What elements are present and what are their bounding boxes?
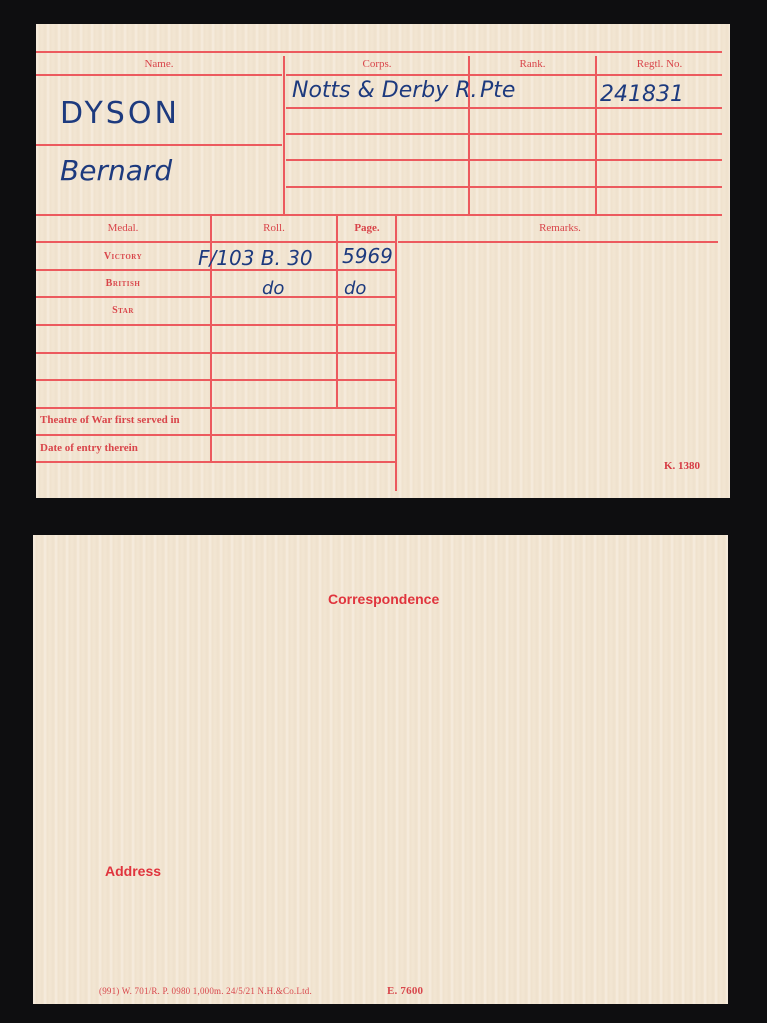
correspondence-label: Correspondence bbox=[328, 591, 439, 607]
rule bbox=[283, 56, 285, 214]
form-number: K. 1380 bbox=[664, 460, 700, 472]
british-roll-entry: do bbox=[262, 278, 284, 299]
imprint-code: E. 7600 bbox=[387, 985, 423, 997]
surname-entry: DYSON bbox=[60, 96, 180, 131]
rule bbox=[286, 107, 722, 109]
rule bbox=[395, 216, 397, 491]
rule bbox=[286, 186, 722, 188]
page-header: Page. bbox=[338, 222, 396, 234]
forename-entry: Bernard bbox=[60, 154, 172, 187]
medal-star-label: Star bbox=[36, 305, 210, 316]
rule bbox=[36, 434, 395, 436]
rule bbox=[36, 461, 395, 463]
rule bbox=[36, 74, 282, 76]
remarks-header: Remarks. bbox=[398, 222, 722, 234]
name-header: Name. bbox=[36, 58, 282, 70]
medal-index-card-back: Correspondence Address (991) W. 701/R. P… bbox=[33, 535, 728, 1004]
rank-header: Rank. bbox=[470, 58, 595, 70]
rule bbox=[36, 379, 395, 381]
british-page-entry: do bbox=[344, 278, 366, 299]
medal-victory-label: Victory bbox=[36, 251, 210, 262]
address-label: Address bbox=[105, 863, 161, 879]
rank-entry: Pte bbox=[480, 78, 515, 103]
rule bbox=[36, 324, 395, 326]
corps-header: Corps. bbox=[286, 58, 468, 70]
rule bbox=[36, 241, 395, 243]
rule bbox=[286, 133, 722, 135]
regtl-no-entry: 241831 bbox=[600, 82, 684, 107]
rule bbox=[398, 241, 718, 243]
corps-entry: Notts & Derby R. bbox=[292, 78, 478, 103]
rule bbox=[36, 407, 395, 409]
medal-index-card-front: Name. Corps. Rank. Regtl. No. DYSON Bern… bbox=[36, 24, 730, 498]
printer-imprint: (991) W. 701/R. P. 0980 1,000m. 24/5/21 … bbox=[99, 986, 312, 996]
rule bbox=[36, 296, 395, 298]
rule bbox=[286, 74, 722, 76]
rule bbox=[36, 51, 722, 53]
roll-header: Roll. bbox=[212, 222, 336, 234]
victory-page-entry: 5969 bbox=[342, 244, 393, 268]
victory-roll-entry: F/103 B. 30 bbox=[198, 246, 313, 270]
rule bbox=[36, 352, 395, 354]
regtl-no-header: Regtl. No. bbox=[597, 58, 722, 70]
theatre-of-war-label: Theatre of War first served in bbox=[40, 414, 180, 426]
medal-header: Medal. bbox=[36, 222, 210, 234]
rule bbox=[595, 56, 597, 214]
rule bbox=[286, 159, 722, 161]
medal-british-label: British bbox=[36, 278, 210, 289]
date-of-entry-label: Date of entry therein bbox=[40, 442, 138, 454]
rule bbox=[36, 144, 282, 146]
rule bbox=[36, 214, 722, 216]
